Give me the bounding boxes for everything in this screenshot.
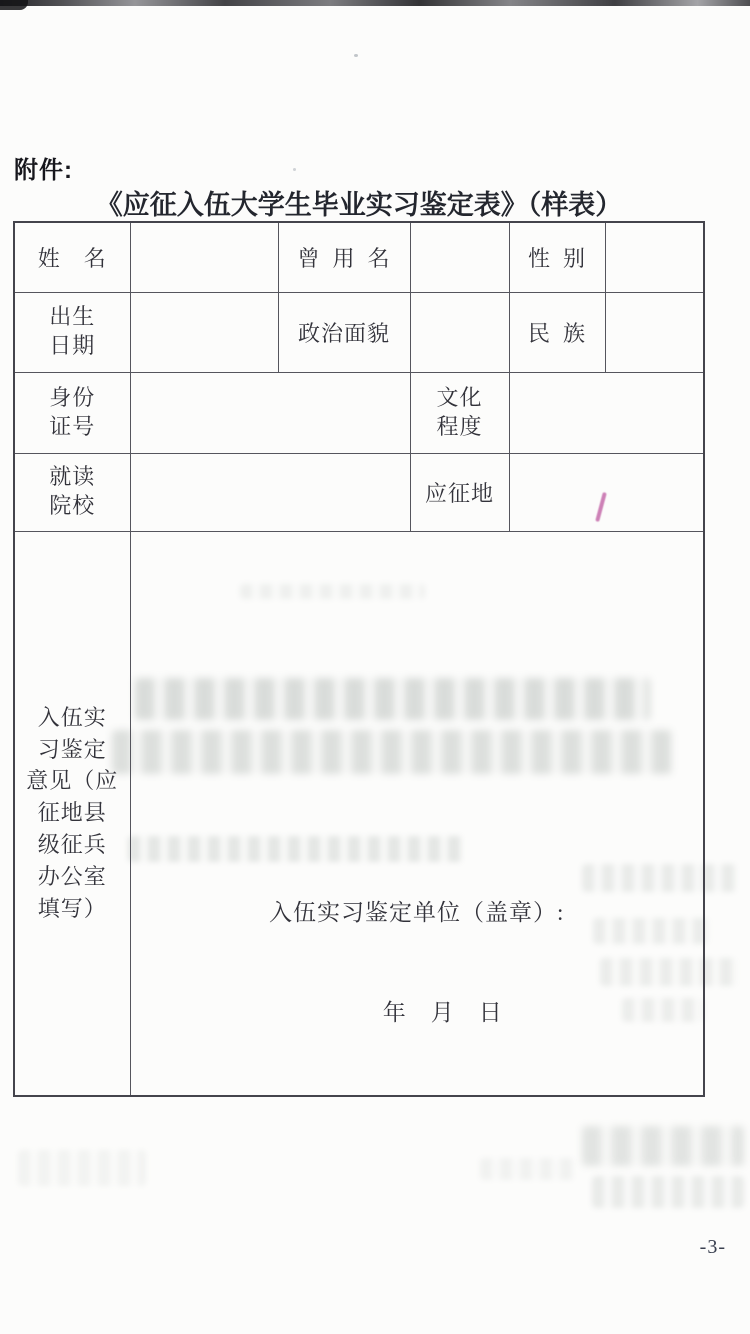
political-status-label: 政治面貌 (278, 292, 410, 372)
education-level-value (509, 372, 704, 453)
appraisal-form-table: 姓 名 曾 用 名 性 别 出生 日期 政治面貌 民 族 身份 证号 文化 程度… (13, 221, 705, 1097)
table-row: 身份 证号 文化 程度 (14, 372, 704, 453)
table-row: 出生 日期 政治面貌 民 族 (14, 292, 704, 372)
unit-seal-line: 入伍实习鉴定单位（盖章）: (131, 894, 704, 927)
ghost-text-artifact (582, 1126, 744, 1166)
opinion-content-cell: 入伍实习鉴定单位（盖章）: 年 月 日 (130, 531, 704, 1096)
ghost-text-artifact (18, 1150, 146, 1186)
page-title: 《应征入伍大学生毕业实习鉴定表》（样表） (0, 183, 734, 222)
scan-edge-artifact (0, 0, 750, 6)
table-row: 姓 名 曾 用 名 性 别 (14, 222, 704, 292)
political-status-value (410, 292, 509, 372)
school-label: 就读 院校 (14, 453, 130, 531)
birth-date-label: 出生 日期 (14, 292, 130, 372)
scanned-document-page: 附件: 《应征入伍大学生毕业实习鉴定表》（样表） 姓 名 曾 用 名 性 别 出… (0, 0, 750, 1334)
table-row: 入伍实 习鉴定 意见（应 征地县 级征兵 办公室 填写） 入伍实习鉴定单位（盖章… (14, 531, 704, 1096)
ethnicity-label: 民 族 (509, 292, 605, 372)
date-line: 年 月 日 (157, 994, 730, 1027)
enlist-place-label: 应征地 (410, 453, 509, 531)
birth-date-value (130, 292, 278, 372)
attachment-label: 附件: (14, 150, 73, 185)
school-value (130, 453, 410, 531)
name-value (130, 222, 278, 292)
former-name-value (410, 222, 509, 292)
ghost-text-artifact (592, 1176, 744, 1208)
education-level-label: 文化 程度 (410, 372, 509, 453)
name-label: 姓 名 (14, 222, 130, 292)
scan-corner-artifact (0, 0, 28, 10)
former-name-label: 曾 用 名 (278, 222, 410, 292)
enlist-place-value (509, 453, 704, 531)
id-number-label: 身份 证号 (14, 372, 130, 453)
id-number-value (130, 372, 410, 453)
gender-value (605, 222, 704, 292)
ghost-text-artifact (480, 1158, 575, 1180)
opinion-label: 入伍实 习鉴定 意见（应 征地县 级征兵 办公室 填写） (14, 531, 130, 1096)
table-row: 就读 院校 应征地 (14, 453, 704, 531)
scan-speck (293, 168, 296, 171)
page-number: -3- (700, 1236, 726, 1259)
gender-label: 性 别 (509, 222, 605, 292)
ethnicity-value (605, 292, 704, 372)
scan-speck (354, 54, 358, 57)
